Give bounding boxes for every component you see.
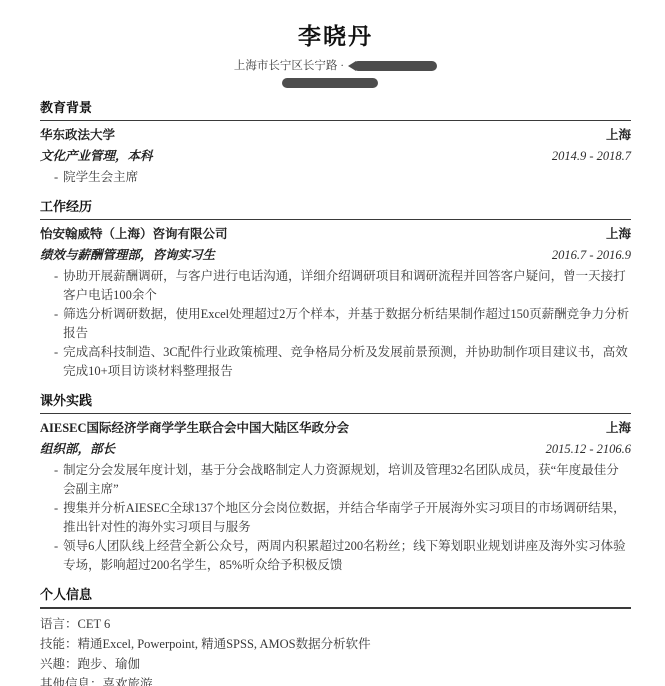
education-bullets: - 院学生会主席: [40, 168, 631, 187]
bullet-item: - 领导6人团队线上经营全新公众号，两周内积累超过200名粉丝；线下筹划职业规划…: [40, 537, 631, 575]
section-education: 教育背景 华东政法大学 上海 文化产业管理，本科 2014.9 - 2018.7…: [40, 100, 631, 187]
education-location: 上海: [606, 128, 631, 143]
candidate-name: 李晓丹: [40, 22, 631, 52]
bullet-text: 院学生会主席: [63, 168, 631, 187]
contact-line-2: [40, 78, 631, 88]
work-location: 上海: [606, 227, 631, 242]
bullet-text: 搜集并分析AIESEC全球137个地区分会岗位数据，并结合华南学子开展海外实习项…: [63, 499, 631, 537]
education-dates: 2014.9 - 2018.7: [552, 149, 631, 164]
personal-info-language: 语言：CET 6: [40, 615, 631, 634]
bullet-dash: -: [54, 168, 58, 187]
personal-info-hobbies: 兴趣：跑步、瑜伽: [40, 655, 631, 674]
work-dates: 2016.7 - 2016.9: [552, 248, 631, 263]
section-extracurricular: 课外实践 AIESEC国际经济学商学学生联合会中国大陆区华政分会 上海 组织部，…: [40, 393, 631, 575]
bullet-text: 协助开展薪酬调研，与客户进行电话沟通，详细介绍调研项目和调研流程并回答客户疑问，…: [63, 267, 631, 305]
resume-page: 李晓丹 上海市长宁区长宁路 · 教育背景 华东政法大学 上海 文化产业管理，本科…: [0, 0, 665, 686]
bullet-item: - 制定分会发展年度计划，基于分会战略制定人力资源规划，培训及管理32名团队成员…: [40, 461, 631, 499]
bullet-item: - 院学生会主席: [40, 168, 631, 187]
section-title-personal: 个人信息: [40, 587, 631, 609]
extracurricular-dates: 2015.12 - 2106.6: [546, 442, 631, 457]
bullet-dash: -: [54, 305, 58, 343]
work-role-row: 绩效与薪酬管理部，咨询实习生 2016.7 - 2016.9: [40, 248, 631, 263]
section-title-education: 教育背景: [40, 100, 631, 121]
extracurricular-location: 上海: [606, 421, 631, 436]
bullet-item: - 搜集并分析AIESEC全球137个地区分会岗位数据，并结合华南学子开展海外实…: [40, 499, 631, 537]
redacted-phone-bar: [353, 61, 437, 71]
bullet-dash: -: [54, 537, 58, 575]
extracurricular-role: 组织部，部长: [40, 442, 115, 457]
extracurricular-role-row: 组织部，部长 2015.12 - 2106.6: [40, 442, 631, 457]
work-role: 绩效与薪酬管理部，咨询实习生: [40, 248, 215, 263]
bullet-text: 筛选分析调研数据，使用Excel处理超过2万个样本，并基于数据分析结果制作超过1…: [63, 305, 631, 343]
section-title-work: 工作经历: [40, 199, 631, 220]
education-role: 文化产业管理，本科: [40, 149, 153, 164]
work-bullets: - 协助开展薪酬调研，与客户进行电话沟通，详细介绍调研项目和调研流程并回答客户疑…: [40, 267, 631, 381]
work-org-row: 怡安翰威特（上海）咨询有限公司 上海: [40, 227, 631, 242]
bullet-item: - 完成高科技制造、3C配件行业政策梳理、竞争格局分析及发展前景预测，并协助制作…: [40, 343, 631, 381]
personal-info-list: 语言：CET 6 技能：精通Excel, Powerpoint, 精通SPSS,…: [40, 615, 631, 686]
contact-line: 上海市长宁区长宁路 ·: [40, 59, 631, 73]
personal-info-other: 其他信息：喜欢旅游: [40, 675, 631, 686]
bullet-dash: -: [54, 267, 58, 305]
personal-info-skills: 技能：精通Excel, Powerpoint, 精通SPSS, AMOS数据分析…: [40, 635, 631, 654]
education-org-name: 华东政法大学: [40, 128, 115, 143]
extracurricular-org-row: AIESEC国际经济学商学学生联合会中国大陆区华政分会 上海: [40, 421, 631, 436]
bullet-dash: -: [54, 461, 58, 499]
bullet-dash: -: [54, 499, 58, 537]
extracurricular-bullets: - 制定分会发展年度计划，基于分会战略制定人力资源规划，培训及管理32名团队成员…: [40, 461, 631, 575]
education-org-row: 华东政法大学 上海: [40, 128, 631, 143]
bullet-text: 完成高科技制造、3C配件行业政策梳理、竞争格局分析及发展前景预测，并协助制作项目…: [63, 343, 631, 381]
section-personal: 个人信息 语言：CET 6 技能：精通Excel, Powerpoint, 精通…: [40, 587, 631, 686]
redacted-email-bar: [282, 78, 378, 88]
contact-address: 上海市长宁区长宁路 ·: [234, 59, 344, 73]
bullet-dash: -: [54, 343, 58, 381]
bullet-text: 制定分会发展年度计划，基于分会战略制定人力资源规划，培训及管理32名团队成员，获…: [63, 461, 631, 499]
work-org-name: 怡安翰威特（上海）咨询有限公司: [40, 227, 228, 242]
bullet-item: - 协助开展薪酬调研，与客户进行电话沟通，详细介绍调研项目和调研流程并回答客户疑…: [40, 267, 631, 305]
extracurricular-org-name: AIESEC国际经济学商学学生联合会中国大陆区华政分会: [40, 421, 349, 436]
education-role-row: 文化产业管理，本科 2014.9 - 2018.7: [40, 149, 631, 164]
section-work: 工作经历 怡安翰威特（上海）咨询有限公司 上海 绩效与薪酬管理部，咨询实习生 2…: [40, 199, 631, 381]
bullet-text: 领导6人团队线上经营全新公众号，两周内积累超过200名粉丝；线下筹划职业规划讲座…: [63, 537, 631, 575]
section-title-extracurricular: 课外实践: [40, 393, 631, 414]
bullet-item: - 筛选分析调研数据，使用Excel处理超过2万个样本，并基于数据分析结果制作超…: [40, 305, 631, 343]
